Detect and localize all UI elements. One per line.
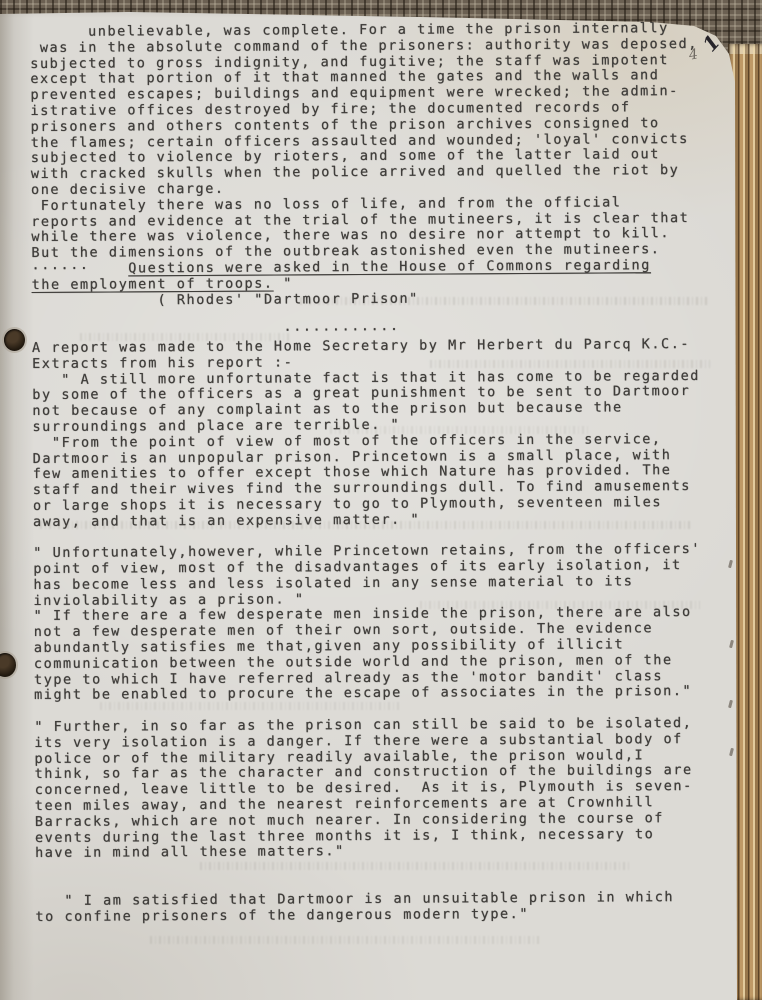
text-line: to confine prisoners of the dangerous mo… (35, 905, 735, 925)
photo-of-document: { "page": { "handwritten_page_number": "… (0, 0, 762, 1000)
typewritten-text: unbelievable, was complete. For a time t… (30, 21, 735, 926)
bleed-through-smudge (150, 936, 540, 944)
typewritten-page: unbelievable, was complete. For a time t… (0, 0, 762, 1000)
punch-hole-top (4, 329, 25, 351)
